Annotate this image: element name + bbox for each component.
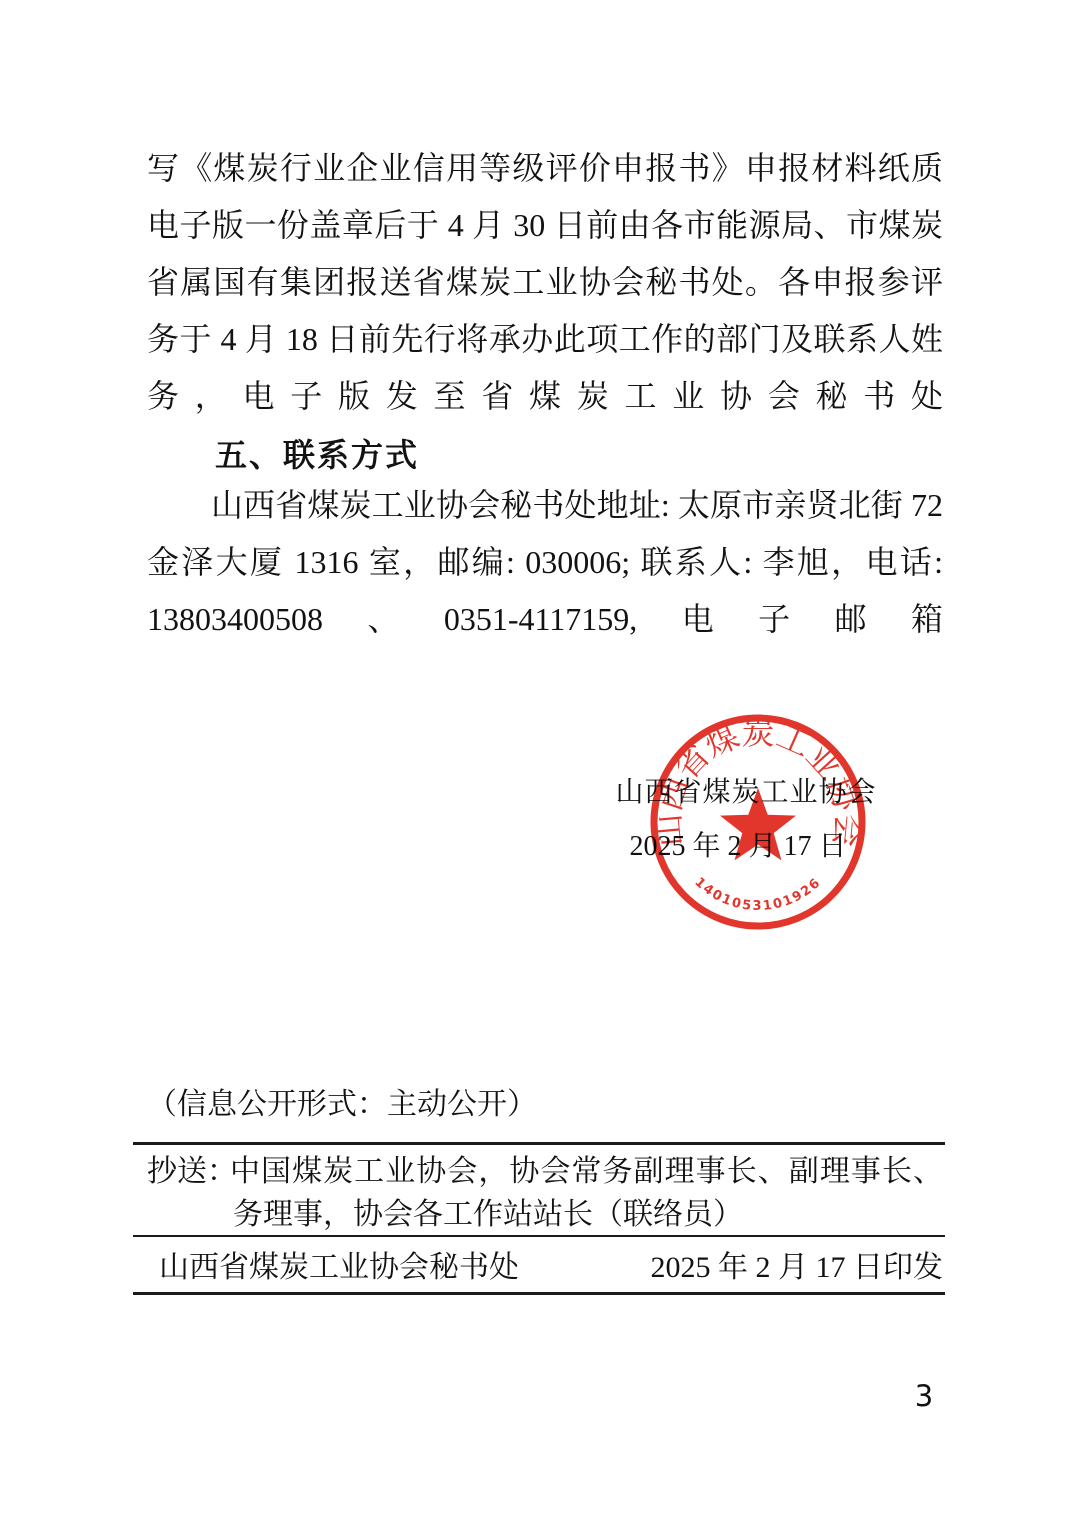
paragraph-application-materials: 写《煤炭行业企业信用等级评价申报书》申报材料纸质版 1 份、 电子版一份盖章后于… — [147, 140, 943, 425]
svg-text:1401053101926: 1401053101926 — [691, 875, 824, 914]
body-line: 务，电子版发至省煤炭工业协会秘书处(sxmtxh814@163.com)。 — [147, 368, 943, 425]
cc-label: 抄送： — [147, 1150, 237, 1194]
section-heading-contact: 五、联系方式 — [215, 427, 419, 484]
body-line: 电子版一份盖章后于 4 月 30 日前由各市能源局、市煤炭协会及 — [147, 197, 943, 254]
body-line: 山西省煤炭工业协会秘书处地址: 太原市亲贤北街 72 号 — [147, 477, 943, 534]
divider-top — [133, 1142, 945, 1145]
cc-line: 务理事，协会各工作站站长（联络员） — [233, 1193, 743, 1237]
divider-middle — [133, 1235, 945, 1237]
star-icon — [720, 788, 796, 860]
cc-line: 中国煤炭工业协会，协会常务副理事长、副理事长、常 — [230, 1150, 943, 1194]
page-number: 3 — [900, 1375, 948, 1417]
seal-code: 1401053101926 — [691, 875, 824, 914]
divider-bottom — [133, 1292, 945, 1295]
body-line: 务于 4 月 18 日前先行将承办此项工作的部门及联系人姓名、职 — [147, 311, 943, 368]
disclosure-note: （信息公开形式：主动公开） — [147, 1077, 537, 1132]
official-seal: 山西省煤炭工业协会 1401053101926 — [646, 710, 870, 934]
body-line: 写《煤炭行业企业信用等级评价申报书》申报材料纸质版 1 份、 — [147, 140, 943, 197]
body-line: 13803400508、0351-4117159,电子邮箱 sxmtxh814@… — [147, 591, 943, 648]
imprint-row: 山西省煤炭工业协会秘书处 2025 年 2 月 17 日印发 — [147, 1245, 943, 1291]
print-date: 2025 年 2 月 17 日印发 — [651, 1245, 944, 1291]
body-line: 省属国有集团报送省煤炭工业协会秘书处。各申报参评企业， — [147, 254, 943, 311]
document-page: 写《煤炭行业企业信用等级评价申报书》申报材料纸质版 1 份、 电子版一份盖章后于… — [0, 0, 1074, 1520]
paragraph-contact-info: 山西省煤炭工业协会秘书处地址: 太原市亲贤北街 72 号 金泽大厦 1316 室… — [147, 477, 943, 648]
issuer-name: 山西省煤炭工业协会秘书处 — [147, 1245, 519, 1291]
body-line: 金泽大厦 1316 室，邮编: 030006; 联系人: 李旭，电话: — [147, 534, 943, 591]
